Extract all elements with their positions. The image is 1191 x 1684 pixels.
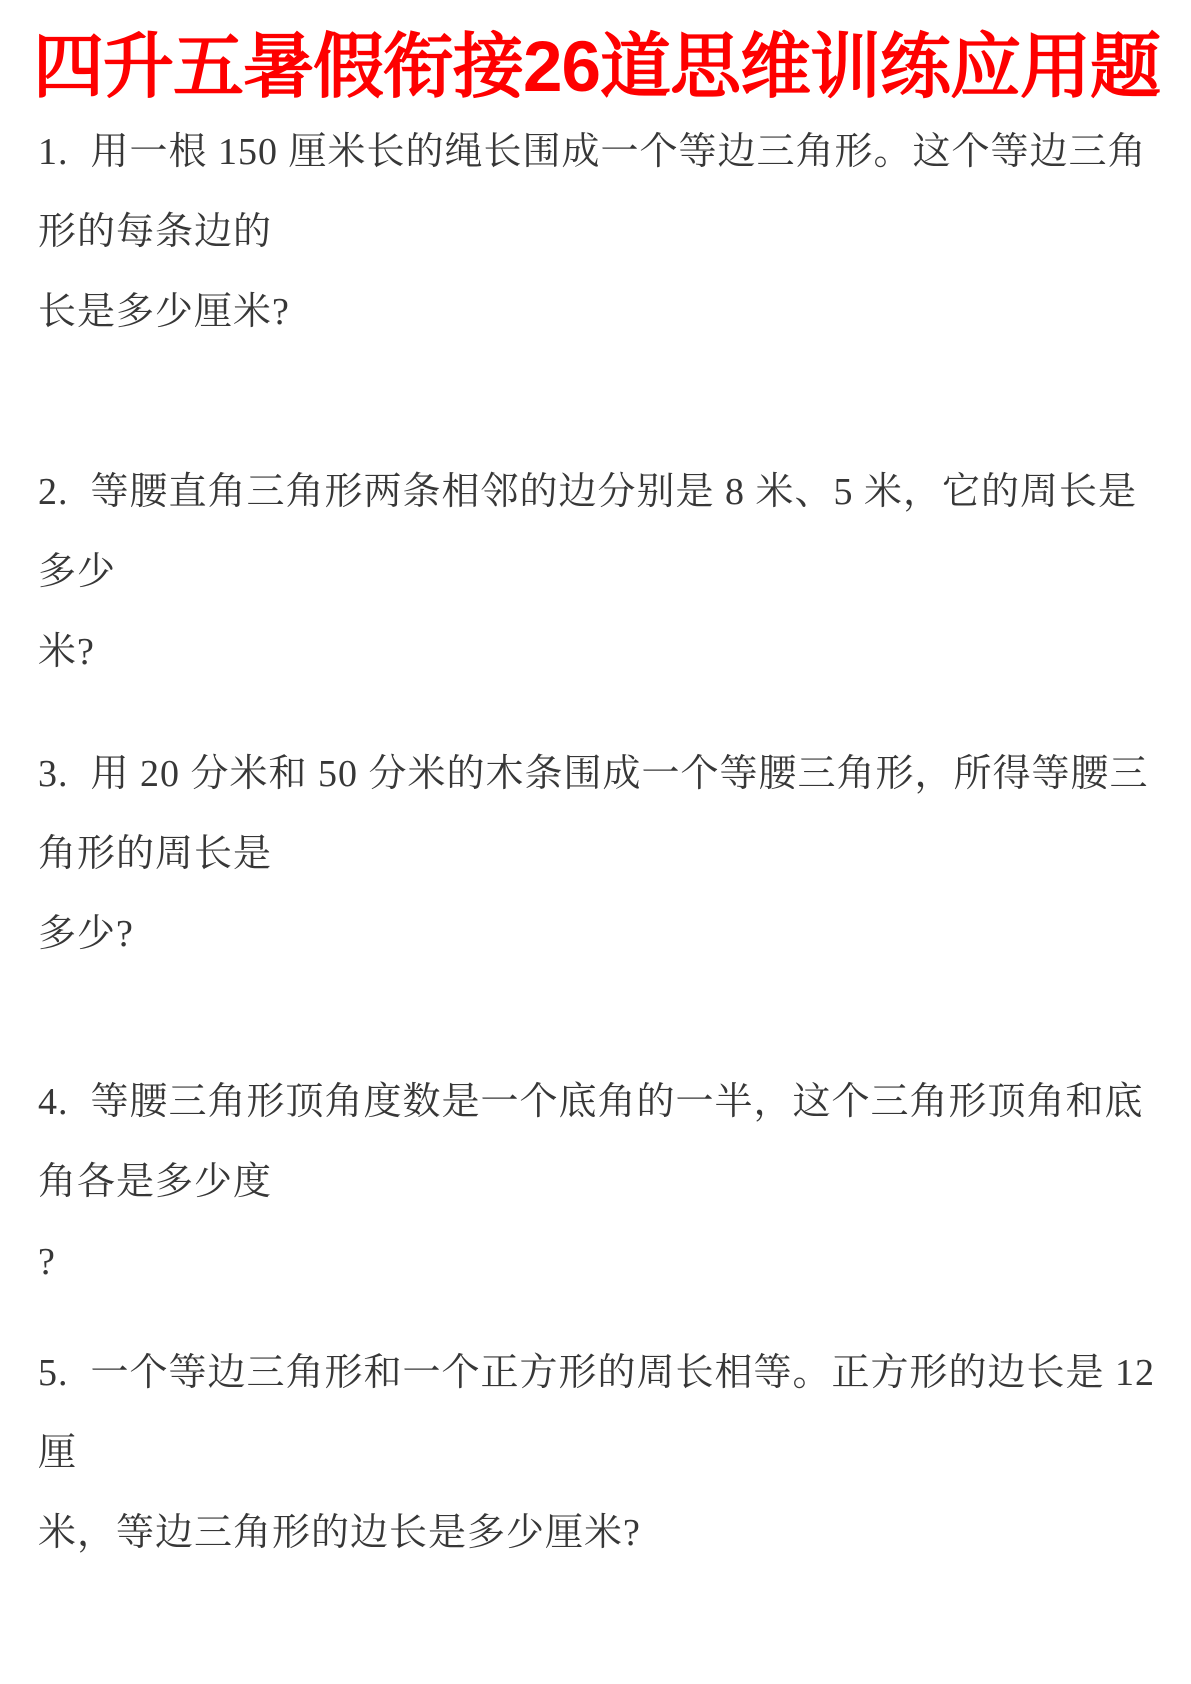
question-5-line-1: 5.一个等边三角形和一个正方形的周长相等。正方形的边长是 12 厘: [38, 1333, 1161, 1493]
question-4-text: 等腰三角形顶角度数是一个底角的一半，这个三角形顶角和底角各是多少度: [38, 1081, 1144, 1203]
question-2: 2.等腰直角三角形两条相邻的边分别是 8 米、5 米，它的周长是多少 米?: [38, 452, 1161, 692]
question-1-text: 用一根 150 厘米长的绳长围成一个等边三角形。这个等边三角形的每条边的: [38, 131, 1147, 253]
question-4-line-1: 4.等腰三角形顶角度数是一个底角的一半，这个三角形顶角和底角各是多少度: [38, 1062, 1161, 1222]
worksheet-title: 四升五暑假衔接26道思维训练应用题: [33, 28, 1171, 108]
question-2-line-1: 2.等腰直角三角形两条相邻的边分别是 8 米、5 米，它的周长是多少: [38, 452, 1161, 612]
question-3-line-2: 多少?: [38, 894, 1161, 974]
question-4: 4.等腰三角形顶角度数是一个底角的一半，这个三角形顶角和底角各是多少度 ?: [38, 1062, 1161, 1302]
question-3-number: 3.: [38, 734, 69, 814]
question-2-line-2: 米?: [38, 612, 1161, 692]
question-1-number: 1.: [38, 112, 69, 192]
question-1-line-1: 1.用一根 150 厘米长的绳长围成一个等边三角形。这个等边三角形的每条边的: [38, 112, 1161, 272]
worksheet-page: 四升五暑假衔接26道思维训练应用题 1.用一根 150 厘米长的绳长围成一个等边…: [0, 0, 1191, 1684]
question-4-number: 4.: [38, 1062, 69, 1142]
question-3-text: 用 20 分米和 50 分米的木条围成一个等腰三角形，所得等腰三角形的周长是: [38, 753, 1149, 875]
question-5-text: 一个等边三角形和一个正方形的周长相等。正方形的边长是 12 厘: [38, 1352, 1155, 1474]
question-5-line-2: 米，等边三角形的边长是多少厘米?: [38, 1493, 1161, 1573]
question-1-line-2: 长是多少厘米?: [38, 272, 1161, 352]
question-3-line-1: 3.用 20 分米和 50 分米的木条围成一个等腰三角形，所得等腰三角形的周长是: [38, 734, 1161, 894]
question-2-text: 等腰直角三角形两条相邻的边分别是 8 米、5 米，它的周长是多少: [38, 471, 1137, 593]
question-2-number: 2.: [38, 452, 69, 532]
question-3: 3.用 20 分米和 50 分米的木条围成一个等腰三角形，所得等腰三角形的周长是…: [38, 734, 1161, 974]
question-4-line-2: ?: [38, 1222, 1161, 1302]
question-1: 1.用一根 150 厘米长的绳长围成一个等边三角形。这个等边三角形的每条边的 长…: [38, 112, 1161, 352]
question-5-number: 5.: [38, 1333, 69, 1413]
question-5: 5.一个等边三角形和一个正方形的周长相等。正方形的边长是 12 厘 米，等边三角…: [38, 1333, 1161, 1573]
